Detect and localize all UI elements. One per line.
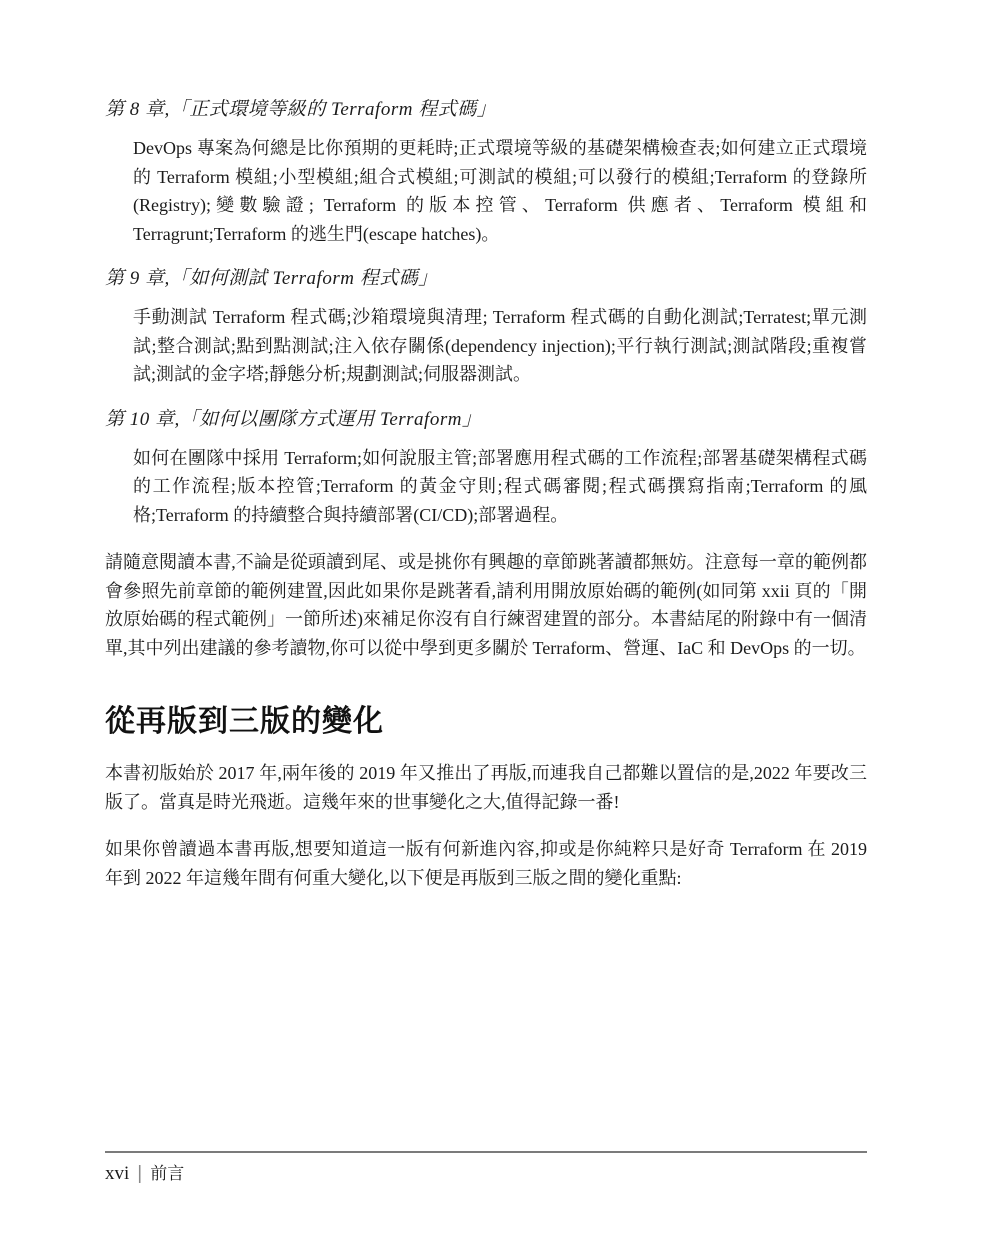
section-paragraph-whats-new-intro: 如果你曾讀過本書再版,想要知道這一版有何新進內容,抑或是你純粹只是好奇 Terr…: [105, 835, 867, 892]
reading-guidance-paragraph: 請隨意閱讀本書,不論是從頭讀到尾、或是挑你有興趣的章節跳著讀都無妨。注意每一章的…: [105, 548, 867, 662]
chapter-9-summary: 手動測試 Terraform 程式碼;沙箱環境與清理; Terraform 程式…: [133, 303, 867, 389]
chapter-8-entry: 第 8 章,「正式環境等級的 Terraform 程式碼」 DevOps 專案為…: [105, 95, 867, 248]
chapter-10-heading: 第 10 章,「如何以團隊方式運用 Terraform」: [105, 405, 867, 435]
footer-separator: |: [129, 1163, 150, 1184]
page-footer: xvi|前言: [105, 1151, 867, 1186]
chapter-10-summary: 如何在團隊中採用 Terraform;如何說服主管;部署應用程式碼的工作流程;部…: [133, 444, 867, 530]
section-paragraph-editions-timeline: 本書初版始於 2017 年,兩年後的 2019 年又推出了再版,而連我自己都難以…: [105, 759, 867, 816]
footer-section-title: 前言: [150, 1164, 184, 1183]
chapter-8-summary: DevOps 專案為何總是比你預期的更耗時;正式環境等級的基礎架構檢查表;如何建…: [133, 134, 867, 248]
chapter-9-heading: 第 9 章,「如何測試 Terraform 程式碼」: [105, 264, 867, 294]
page-content: 第 8 章,「正式環境等級的 Terraform 程式碼」 DevOps 專案為…: [105, 95, 867, 892]
chapter-9-entry: 第 9 章,「如何測試 Terraform 程式碼」 手動測試 Terrafor…: [105, 264, 867, 389]
chapter-10-entry: 第 10 章,「如何以團隊方式運用 Terraform」 如何在團隊中採用 Te…: [105, 405, 867, 530]
book-page: 第 8 章,「正式環境等級的 Terraform 程式碼」 DevOps 專案為…: [0, 0, 1000, 1243]
section-heading-changes-second-to-third-edition: 從再版到三版的變化: [105, 704, 867, 740]
footer-page-number: xvi: [105, 1163, 129, 1184]
chapter-8-heading: 第 8 章,「正式環境等級的 Terraform 程式碼」: [105, 95, 867, 125]
